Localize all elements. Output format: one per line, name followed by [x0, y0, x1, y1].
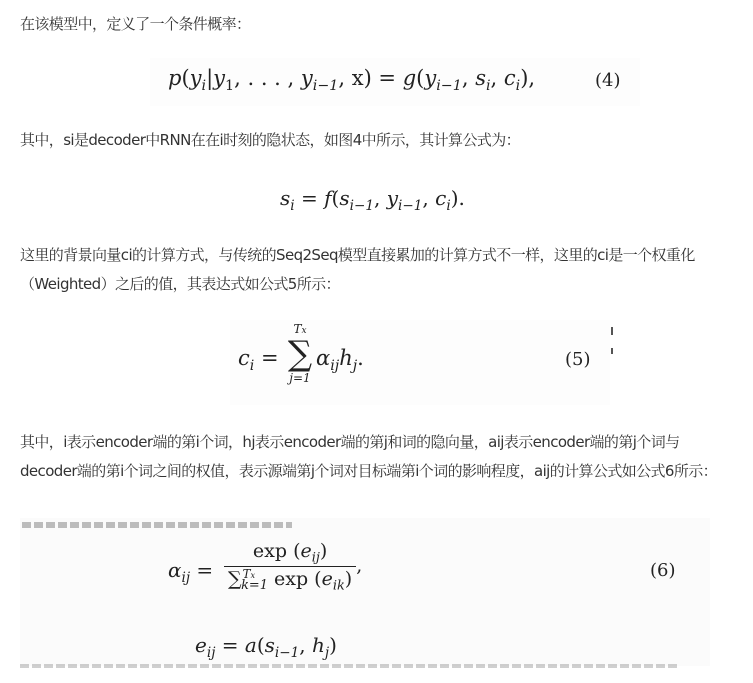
equation-5-lhs: ci = [238, 346, 279, 374]
artifact-mark [611, 348, 613, 354]
cropped-text-line [20, 664, 680, 668]
cropped-text-line [22, 522, 292, 528]
equation-6-image [20, 518, 710, 666]
paragraph-context-vector: 这里的背景向量ci的计算方式，与传统的Seq2Seq模型直接累加的计算方式不一样… [20, 241, 735, 299]
equation-alignment-score: eij = a(si−1, hj) [195, 633, 337, 661]
equation-4-number: (4) [595, 70, 621, 91]
equation-4: p(yi|y1, . . . , yi−1, x) = g(yi−1, si, … [168, 66, 535, 94]
equation-5-number: (5) [565, 349, 591, 370]
artifact-mark [611, 327, 613, 335]
sum-lower-limit: j=1 [280, 370, 320, 386]
equation-6-number: (6) [650, 560, 676, 581]
equation-5-rhs: αijhj. [316, 346, 364, 374]
paragraph-intro: 在该模型中，定义了一个条件概率： [20, 10, 735, 39]
paragraph-decoder-state: 其中，si是decoder中RNN在在i时刻的隐状态，如图4中所示，其计算公式为… [20, 126, 735, 155]
equation-6-lhs: αij = [168, 558, 213, 586]
paragraph-weights: 其中，i表示encoder端的第i个词，hj表示encoder端的第j和词的隐向… [20, 428, 735, 486]
equation-5-sum: Tx ∑ j=1 [280, 322, 320, 386]
equation-hidden-state: si = f(si−1, yi−1, ci). [280, 186, 465, 214]
sigma-symbol: ∑ [280, 338, 320, 370]
equation-6-fraction: exp (eij) ∑Txk=1 exp (eik) , [224, 540, 362, 593]
